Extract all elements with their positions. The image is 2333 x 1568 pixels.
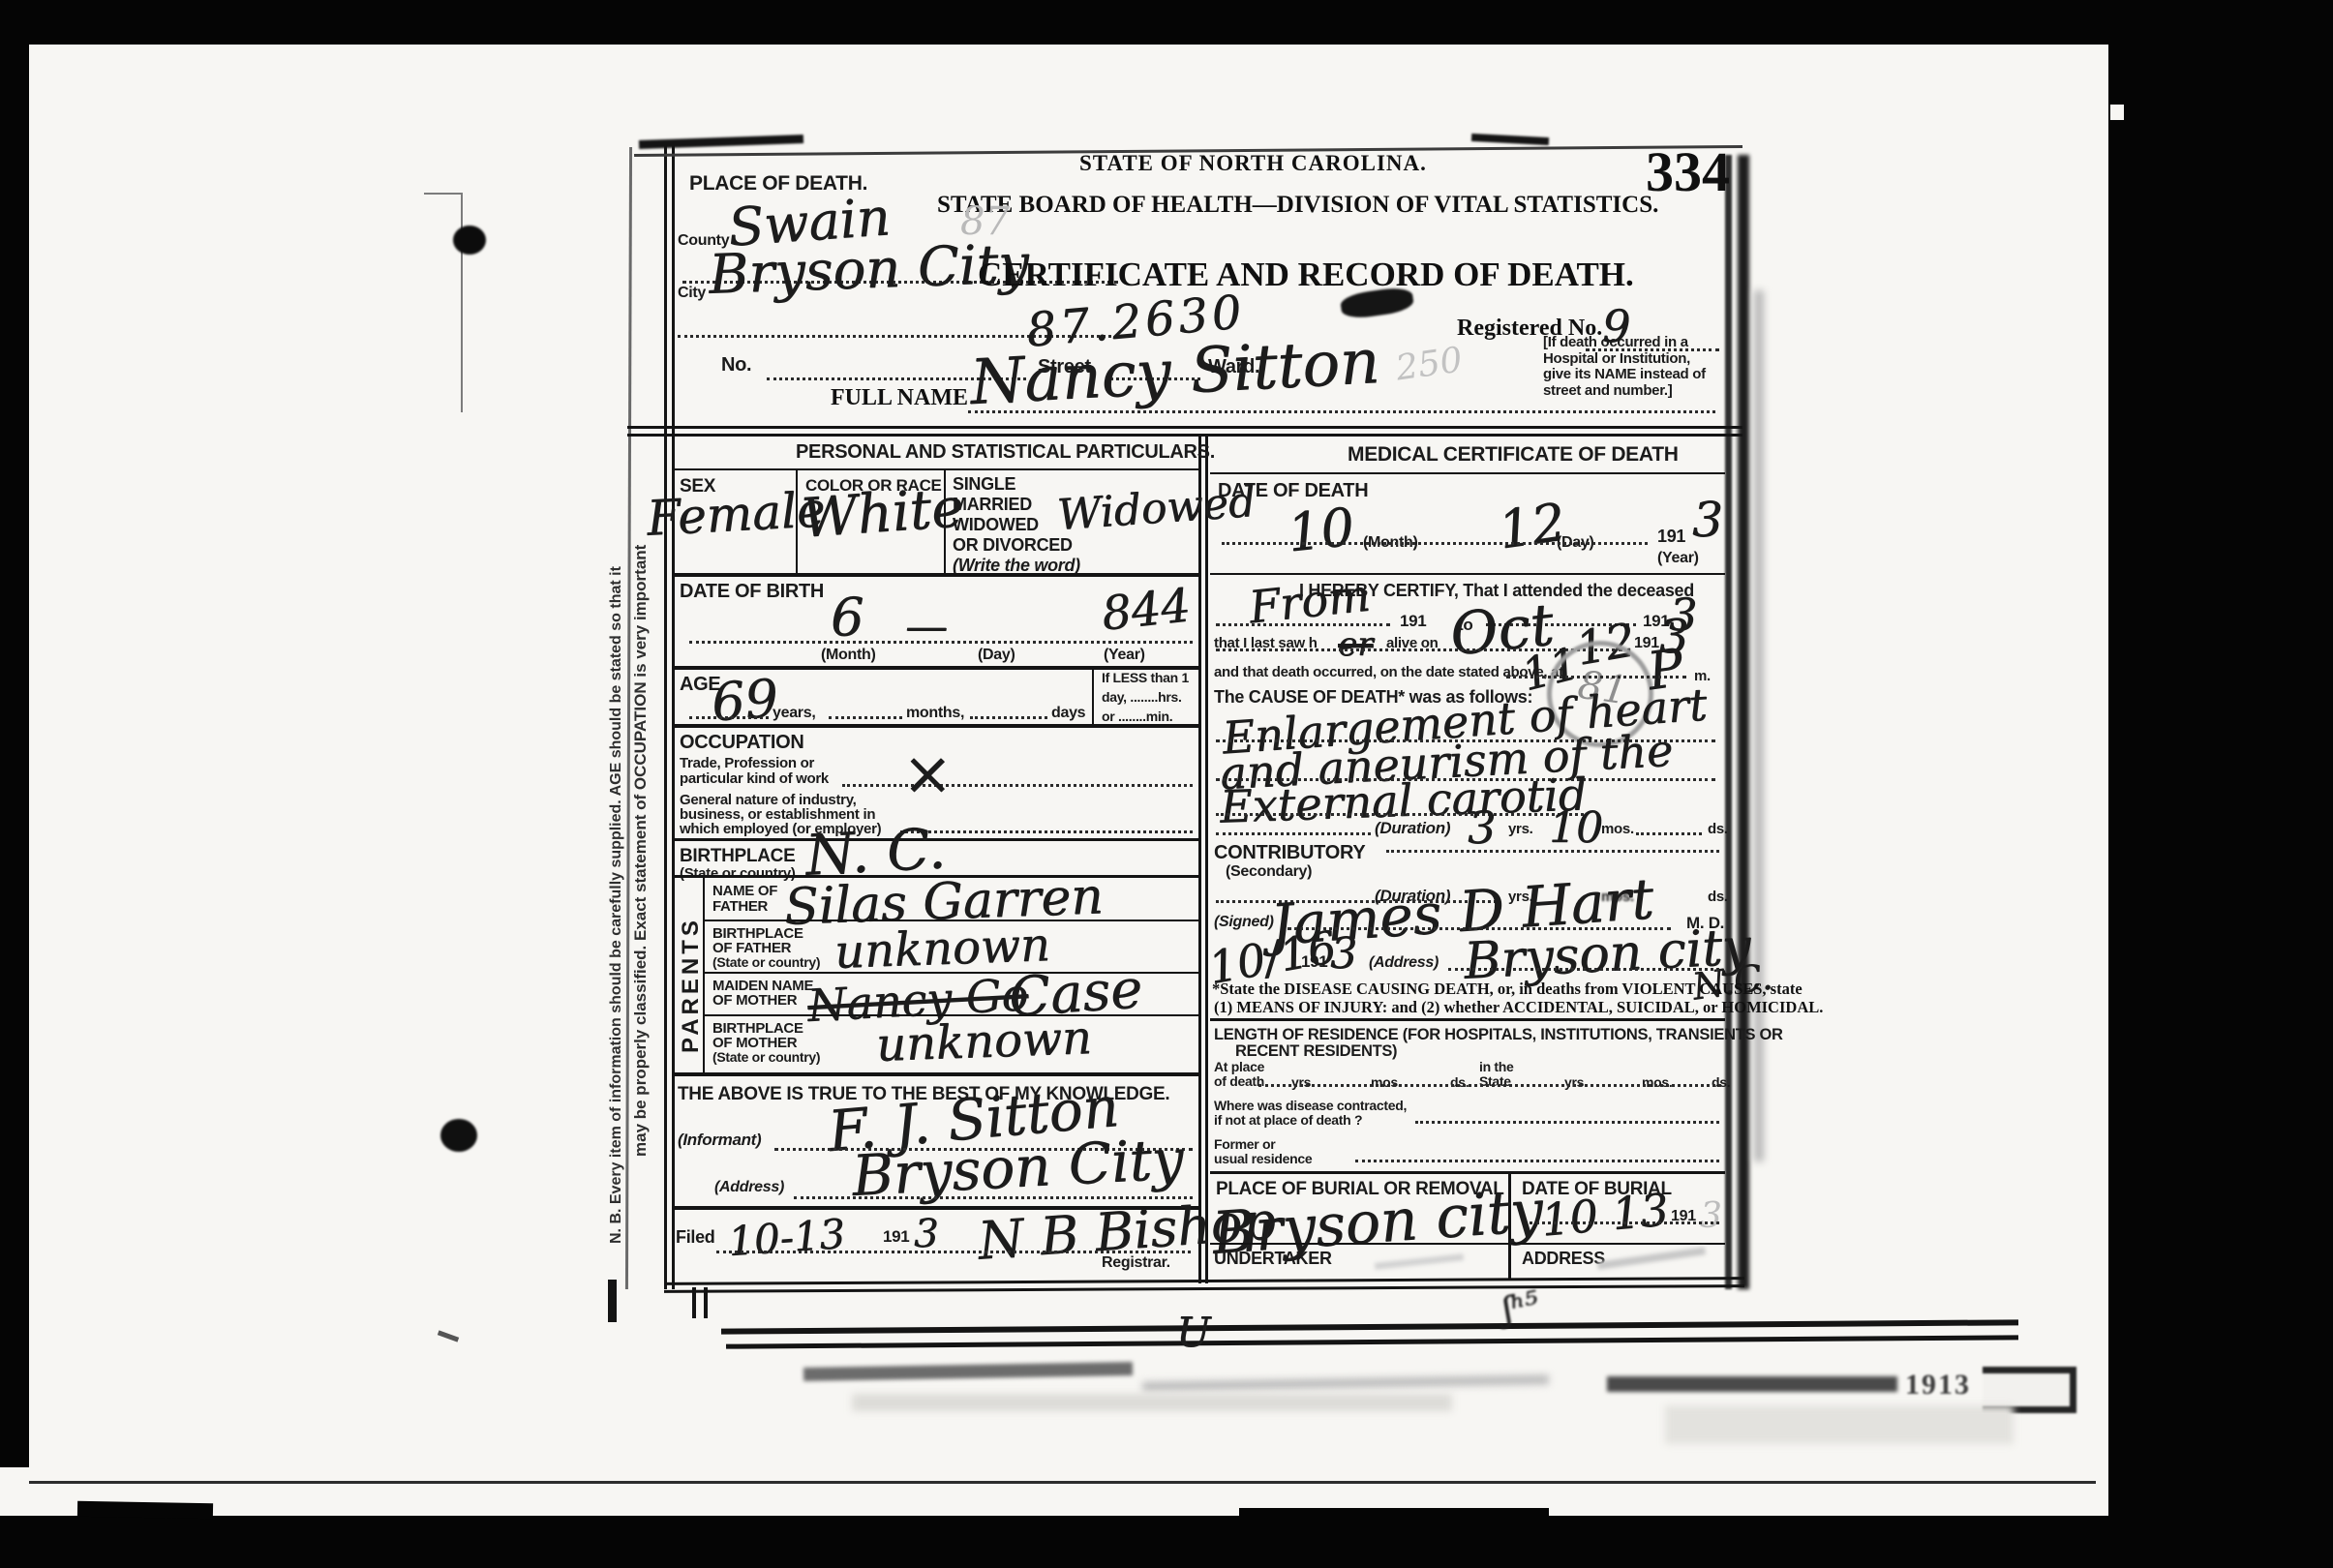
city-label: City bbox=[678, 285, 706, 302]
right-section-title: MEDICAL CERTIFICATE OF DEATH bbox=[1348, 443, 1679, 467]
board-heading: STATE BOARD OF HEALTH—DIVISION OF VITAL … bbox=[937, 192, 1658, 219]
age-months-label: months, bbox=[906, 705, 964, 722]
trade-label: Trade, Profession or bbox=[680, 755, 814, 771]
secondary-label: (Secondary) bbox=[1226, 863, 1312, 881]
age-line bbox=[829, 716, 902, 719]
former-residence-label: usual residence bbox=[1214, 1151, 1312, 1166]
smudged-text bbox=[1607, 1376, 1897, 1392]
cell-divider bbox=[1092, 666, 1094, 724]
duration-yrs-label: yrs. bbox=[1508, 821, 1533, 837]
margin-note-line1: N. B. Every item of information should b… bbox=[608, 566, 625, 1244]
sheet-bottom-border bbox=[664, 1277, 1744, 1285]
res-mos-label: mos. bbox=[1371, 1074, 1401, 1090]
res-ds-label: ds. bbox=[1450, 1074, 1469, 1090]
dod-year-printed: 191 bbox=[1657, 527, 1685, 547]
burial-date-value: 10 13 bbox=[1539, 1183, 1671, 1246]
father-bp-label: (State or country) bbox=[712, 954, 820, 970]
full-name-label: FULL NAME bbox=[831, 385, 968, 411]
ink-mark bbox=[438, 1330, 459, 1342]
sign-address-line bbox=[1448, 968, 1719, 971]
contracted-line bbox=[1415, 1121, 1719, 1124]
parents-label: PARENTS bbox=[678, 917, 705, 1053]
scan-border-right bbox=[2108, 0, 2333, 1568]
sheet-left-border bbox=[672, 145, 675, 1289]
trade-label: particular kind of work bbox=[680, 770, 829, 787]
former-residence-label: Former or bbox=[1214, 1136, 1275, 1152]
rule bbox=[1210, 573, 1725, 575]
filed-date-value: 10-13 bbox=[726, 1210, 846, 1265]
registrar-label: Registrar. bbox=[1102, 1254, 1170, 1272]
informant-address-label: (Address) bbox=[714, 1179, 784, 1196]
trade-line bbox=[842, 784, 1193, 787]
ink-blot bbox=[440, 1119, 477, 1152]
dob-year-value: 844 bbox=[1099, 578, 1193, 641]
rule bbox=[627, 434, 1742, 437]
at-place-label: of death bbox=[1214, 1073, 1264, 1089]
dob-line bbox=[689, 641, 1193, 644]
marital-label: SINGLE bbox=[953, 474, 1015, 495]
filed-year-printed: 191 bbox=[883, 1227, 909, 1247]
sign-year-printed: 191 bbox=[1301, 952, 1327, 972]
ledger-rule bbox=[721, 1319, 2018, 1334]
dob-year-label: (Year) bbox=[1104, 647, 1145, 664]
mother-bp-label: (State or country) bbox=[712, 1049, 820, 1065]
at-place-label: At place bbox=[1214, 1059, 1264, 1074]
address2-label: ADDRESS bbox=[1522, 1249, 1605, 1269]
rule bbox=[1210, 472, 1725, 474]
father-name-label: NAME OF bbox=[712, 883, 777, 899]
gray-wash bbox=[852, 1394, 1452, 1411]
dob-label: DATE OF BIRTH bbox=[680, 581, 824, 603]
residence-line bbox=[1258, 1084, 1721, 1087]
marital-label: OR DIVORCED bbox=[953, 535, 1073, 556]
cell-divider bbox=[703, 875, 705, 1072]
dob-month-label: (Month) bbox=[821, 647, 876, 664]
father-name-label: FATHER bbox=[712, 898, 768, 915]
res-mos2-label: mos. bbox=[1642, 1074, 1672, 1090]
footnote-line2: (1) MEANS OF INJURY: and (2) whether ACC… bbox=[1214, 998, 1823, 1017]
certificate-title: CERTIFICATE AND RECORD OF DEATH. bbox=[978, 256, 1634, 294]
contracted-label: if not at place of death ? bbox=[1214, 1112, 1362, 1128]
pencil-number: 250 bbox=[1393, 340, 1465, 388]
burial-year-pencil: 3 bbox=[1700, 1196, 1722, 1236]
dod-line bbox=[1222, 542, 1648, 545]
scan-border-bump bbox=[1239, 1508, 1549, 1518]
color-race-value: White bbox=[800, 476, 965, 551]
age-days-label: days bbox=[1051, 705, 1085, 722]
footnote-line1: *State the DISEASE CAUSING DEATH, or, in… bbox=[1212, 980, 1803, 999]
scanned-death-certificate: ~·~ N. B. Every item of information shou… bbox=[0, 0, 2333, 1568]
dob-day-label: (Day) bbox=[978, 647, 1015, 664]
page-edge-line bbox=[424, 193, 463, 195]
scan-edge-line bbox=[29, 1481, 2096, 1484]
dod-year-label: (Year) bbox=[1657, 550, 1699, 567]
bottom-year-stamp: 1913 bbox=[1905, 1369, 1971, 1402]
column-divider bbox=[1205, 436, 1208, 1283]
rule bbox=[672, 468, 1198, 470]
res-ds2-label: ds. bbox=[1712, 1074, 1730, 1090]
ledger-rule bbox=[726, 1335, 2018, 1348]
marital-label: WIDOWED bbox=[953, 515, 1039, 535]
contracted-label: Where was disease contracted, bbox=[1214, 1098, 1407, 1113]
res-yrs-label: yrs. bbox=[1291, 1074, 1315, 1090]
scan-border-bump bbox=[77, 1501, 213, 1519]
dod-month-value: 10 bbox=[1285, 497, 1357, 564]
former-residence-line bbox=[1355, 1160, 1719, 1162]
sign-address-label: (Address) bbox=[1369, 954, 1439, 972]
gray-wash bbox=[1665, 1405, 2014, 1444]
hospital-note: [If death occurred in a Hospital or Inst… bbox=[1543, 335, 1721, 399]
tick-mark bbox=[608, 1280, 617, 1322]
left-section-title: PERSONAL AND STATISTICAL PARTICULARS. bbox=[796, 441, 1215, 464]
rule bbox=[1511, 1243, 1725, 1245]
no-label: No. bbox=[721, 354, 751, 377]
cause-line bbox=[1216, 813, 1584, 816]
duration-yrs-value: 3 bbox=[1468, 801, 1496, 854]
smudged-text bbox=[1142, 1374, 1549, 1391]
column-divider bbox=[1198, 436, 1201, 1283]
attended-year1-printed: 191 bbox=[1400, 612, 1426, 631]
sheet-right-border bbox=[1725, 155, 1732, 1289]
dob-day-value: — bbox=[905, 602, 948, 651]
rule bbox=[672, 1072, 1198, 1076]
sheet-left-border bbox=[664, 145, 667, 1289]
sheet-top-ragged bbox=[1471, 134, 1549, 145]
duration-ds-label: ds. bbox=[1708, 821, 1728, 837]
contributory-label: CONTRIBUTORY bbox=[1214, 842, 1365, 864]
pencil-smear bbox=[1375, 1253, 1464, 1270]
signed-label: (Signed) bbox=[1214, 914, 1274, 931]
age-line bbox=[970, 716, 1047, 719]
sheet-bottom-border bbox=[664, 1284, 1744, 1293]
dob-month-value: 6 bbox=[831, 587, 864, 648]
duration-mos-label: mos. bbox=[1601, 821, 1634, 837]
undertaker-label: UNDERTAKER bbox=[1214, 1249, 1332, 1269]
sign-year-value: 3 bbox=[1330, 929, 1357, 979]
sheet-top-ragged bbox=[639, 135, 803, 149]
ink-blot bbox=[453, 226, 486, 255]
ink-mark: U bbox=[1176, 1309, 1210, 1356]
rule bbox=[1210, 1243, 1508, 1245]
burial-date-line bbox=[1530, 1221, 1719, 1224]
duration-line bbox=[1636, 832, 1702, 835]
rule bbox=[672, 573, 1198, 577]
dod-year-value: 3 bbox=[1692, 492, 1723, 548]
scan-border-bottom bbox=[0, 1516, 2333, 1568]
tick-mark bbox=[704, 1287, 708, 1318]
res-yrs2-label: yrs. bbox=[1564, 1074, 1588, 1090]
last-saw-scribble: er bbox=[1338, 625, 1373, 664]
duration-mos-value: 10 bbox=[1549, 803, 1603, 853]
in-the-label: in the bbox=[1479, 1059, 1514, 1074]
death-occurred-line bbox=[1506, 676, 1686, 678]
tick-mark bbox=[692, 1287, 696, 1318]
scan-border-top bbox=[0, 0, 2333, 45]
age-less-label: day, ........hrs. bbox=[1102, 689, 1182, 705]
age-less-label: If LESS than 1 bbox=[1102, 670, 1189, 685]
birthplace-label: BIRTHPLACE bbox=[680, 846, 795, 867]
ink-mark: ʃʰ⁵ bbox=[1499, 1284, 1542, 1330]
smudged-text bbox=[803, 1362, 1133, 1381]
birthplace-sub-label: (State or country) bbox=[680, 865, 796, 882]
pencil-smear bbox=[1597, 1247, 1706, 1270]
duration-line bbox=[1216, 832, 1371, 835]
age-line bbox=[689, 716, 769, 719]
mother-bp-value: unknown bbox=[875, 1010, 1093, 1072]
marital-label: MARRIED bbox=[953, 495, 1032, 515]
margin-note-line2: may be properly classified. Exact statem… bbox=[631, 545, 651, 1157]
duration-label: (Duration) bbox=[1375, 819, 1450, 838]
page-number: 334 bbox=[1646, 139, 1730, 204]
trade-value: × bbox=[902, 738, 953, 808]
rule bbox=[1210, 1018, 1725, 1021]
age-years-label: years, bbox=[773, 705, 815, 722]
state-heading: STATE OF NORTH CAROLINA. bbox=[1079, 151, 1427, 176]
occupation-label: OCCUPATION bbox=[680, 732, 803, 754]
mother-name-label: OF MOTHER bbox=[712, 992, 797, 1009]
scan-border-left bbox=[0, 0, 29, 1467]
rule bbox=[627, 426, 1742, 429]
scan-notch bbox=[2110, 105, 2124, 120]
rule bbox=[672, 724, 1198, 728]
filed-line bbox=[716, 1251, 1191, 1253]
age-less-label: or ........min. bbox=[1102, 709, 1172, 724]
contributory-line bbox=[1386, 850, 1719, 853]
duration2-ds-label: ds. bbox=[1708, 889, 1728, 905]
sheet-right-border bbox=[1738, 155, 1749, 1289]
informant-label: (Informant) bbox=[678, 1131, 761, 1150]
rule bbox=[1210, 1171, 1725, 1174]
filed-label: Filed bbox=[676, 1227, 715, 1248]
